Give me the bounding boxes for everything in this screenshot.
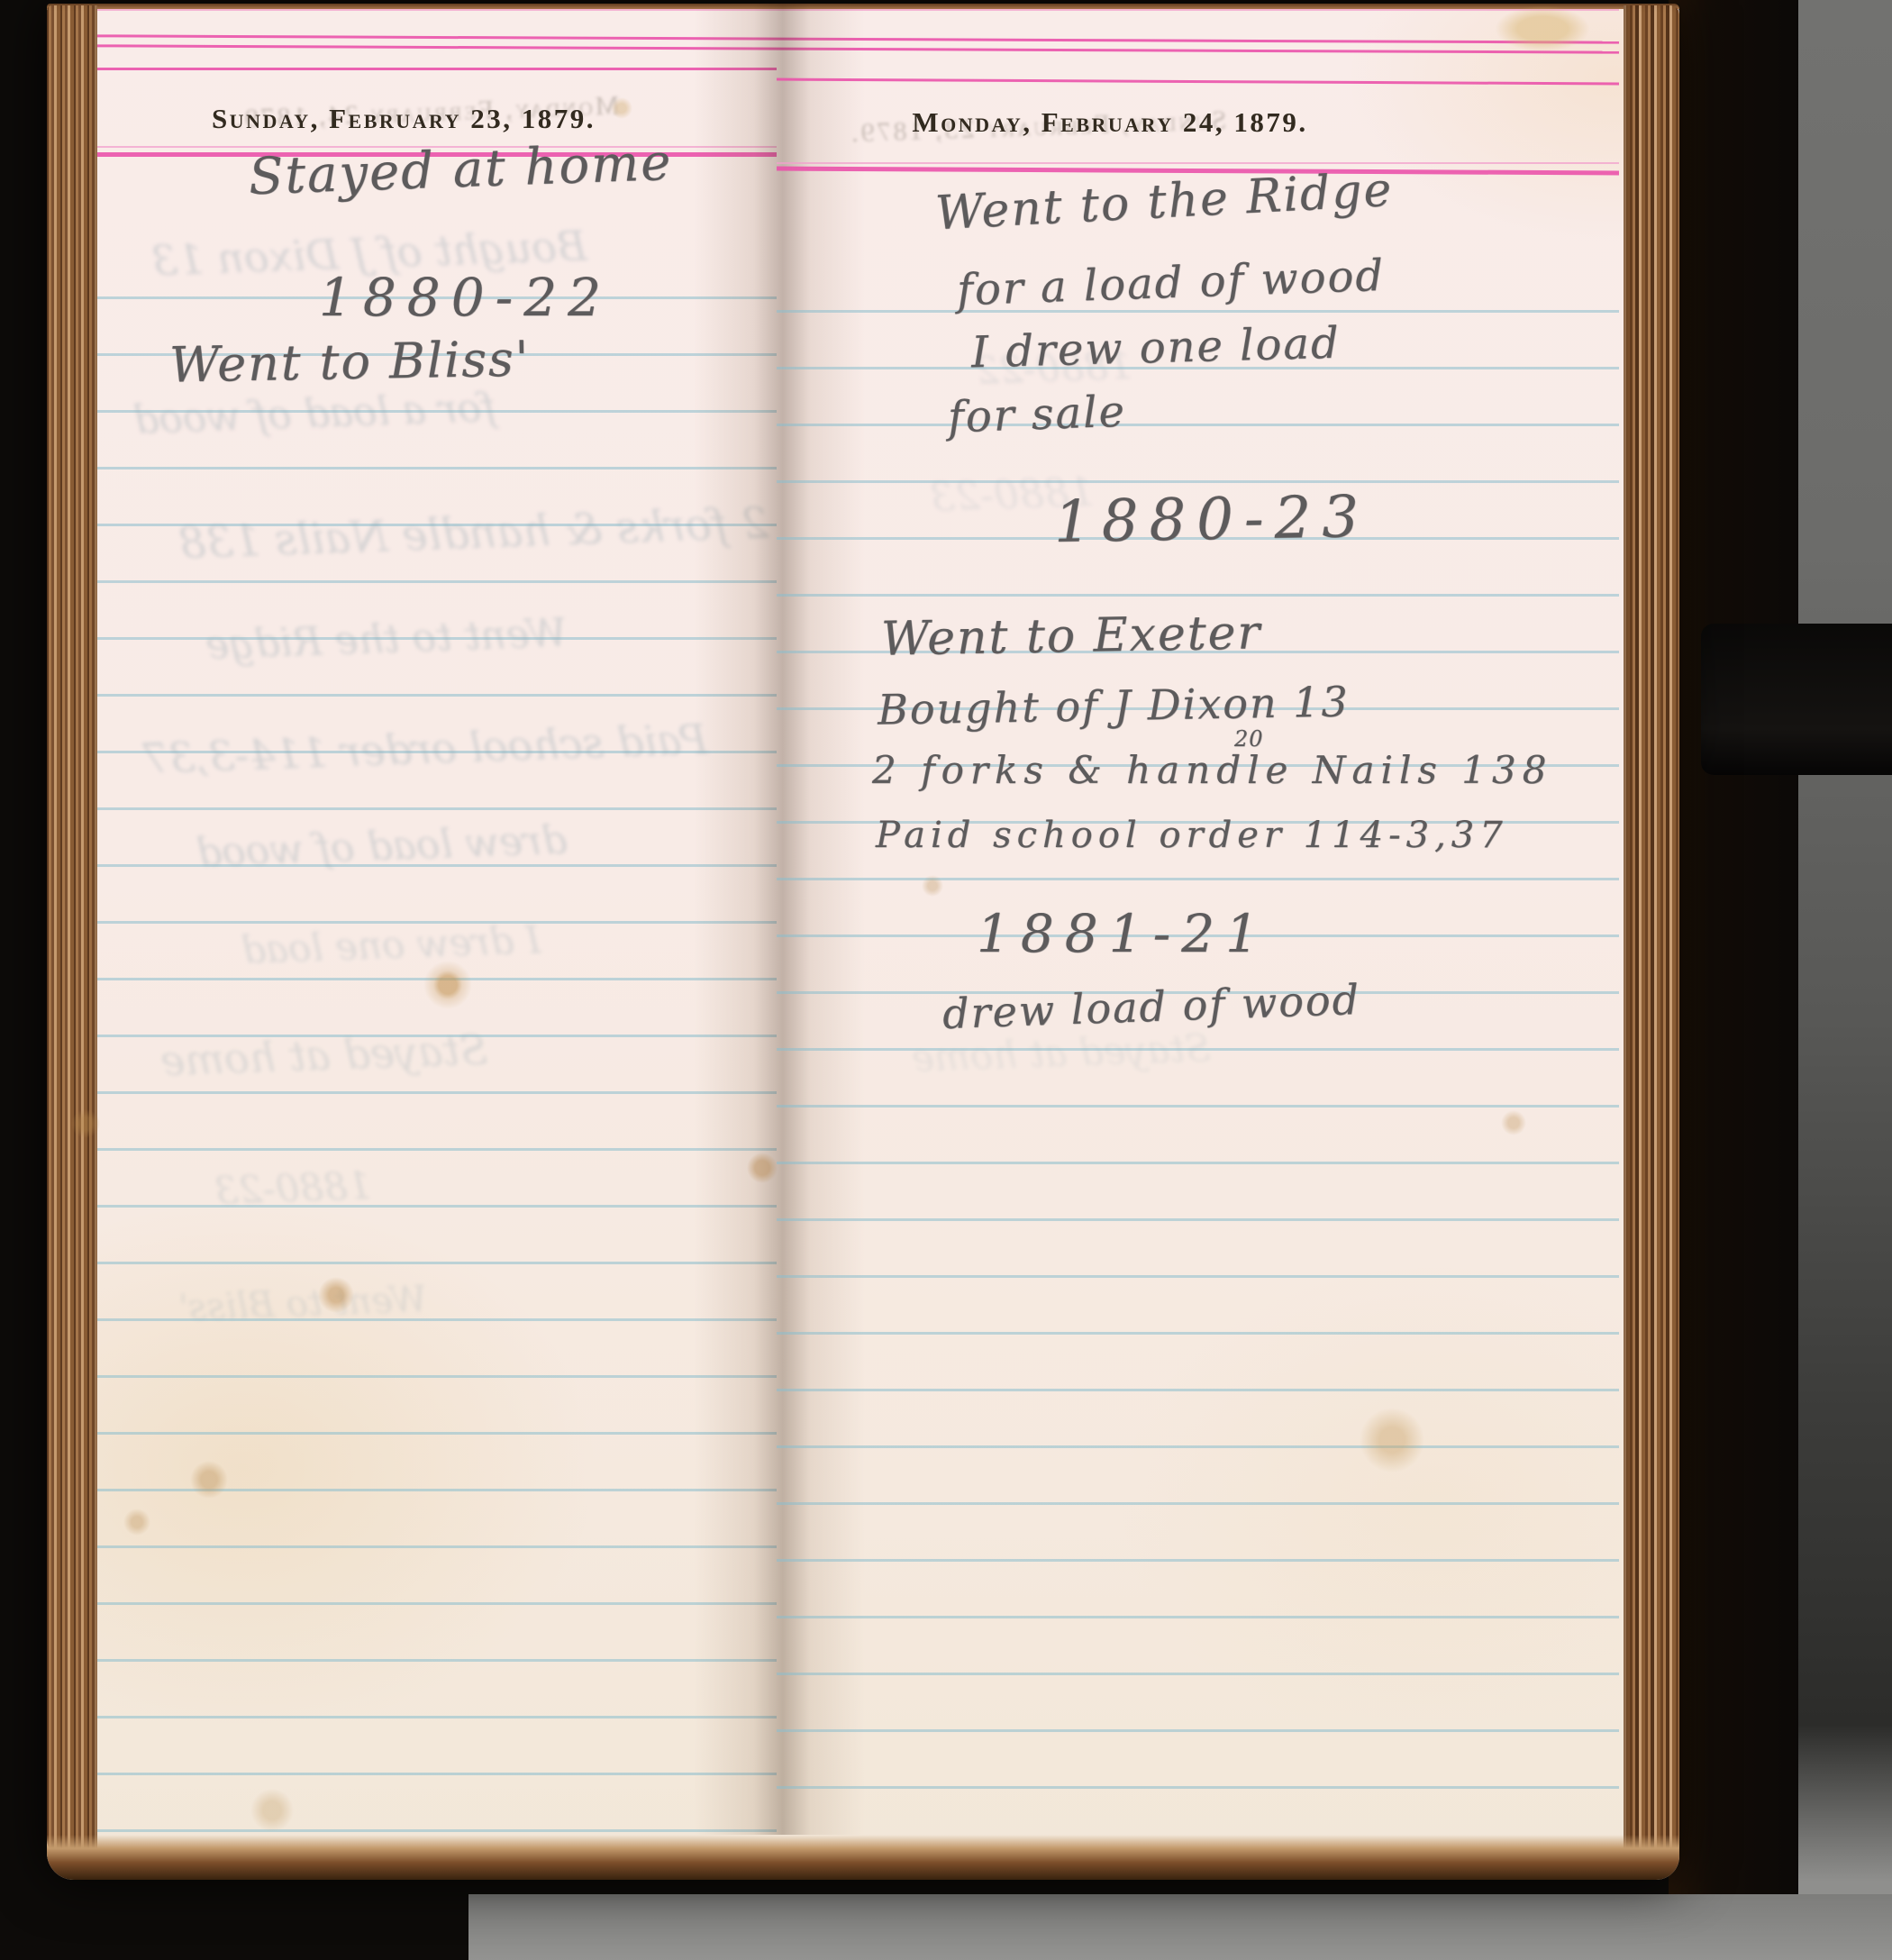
page-edge-bottom	[47, 1835, 1679, 1880]
handwritten-entry-line: 1880-23	[1053, 484, 1369, 556]
handwritten-entry-line: 1881-21	[977, 903, 1269, 964]
handwritten-entry-line: Went to the Ridge	[934, 163, 1395, 242]
handwritten-entry-line: 1880-22	[319, 267, 612, 328]
handwritten-entry-line: Bought of J Dixon 13	[878, 677, 1351, 734]
open-diary-book: Monday, February 24, 1879. Sunday, Febru…	[47, 4, 1679, 1880]
book-clasp-tab	[1701, 624, 1892, 775]
scanner-shadow-area	[1669, 0, 1813, 1960]
handwritten-entry-line: for sale	[947, 387, 1127, 443]
diary-page-right: Sunday, February 23, 1879. Monday, Febru…	[777, 4, 1619, 1835]
left-page-date-header: Sunday, February 23, 1879.	[196, 103, 611, 135]
page-stack-edge-left	[47, 5, 97, 1856]
diary-scan-photo: Monday, February 24, 1879. Sunday, Febru…	[0, 0, 1892, 1960]
handwritten-entry-line: 2 forks & handle Nails 138	[872, 748, 1552, 792]
pink-rule	[97, 68, 777, 70]
handwritten-entry-line: Paid school order 114-3,37	[876, 815, 1508, 856]
page-stack-edge-right	[1624, 5, 1679, 1862]
pink-rule	[777, 162, 1619, 164]
handwritten-entry-line: Stayed at home	[248, 133, 673, 206]
handwritten-entry-line: Went to Bliss'	[168, 331, 531, 394]
bleed-through-text: 1880-23	[214, 1163, 372, 1213]
scanner-bottom-strip	[468, 1894, 1892, 1960]
scanner-edge-strip	[1798, 0, 1892, 1960]
handwritten-entry-line: I drew one load	[970, 318, 1341, 378]
handwritten-entry-line: Went to Exeter	[881, 606, 1262, 666]
pink-rule	[777, 78, 1619, 86]
diary-page-left: Monday, February 24, 1879. Sunday, Febru…	[97, 4, 777, 1835]
right-page-date-header: Monday, February 24, 1879.	[885, 106, 1335, 139]
bleed-through-text: Went to Bliss'	[177, 1279, 427, 1329]
